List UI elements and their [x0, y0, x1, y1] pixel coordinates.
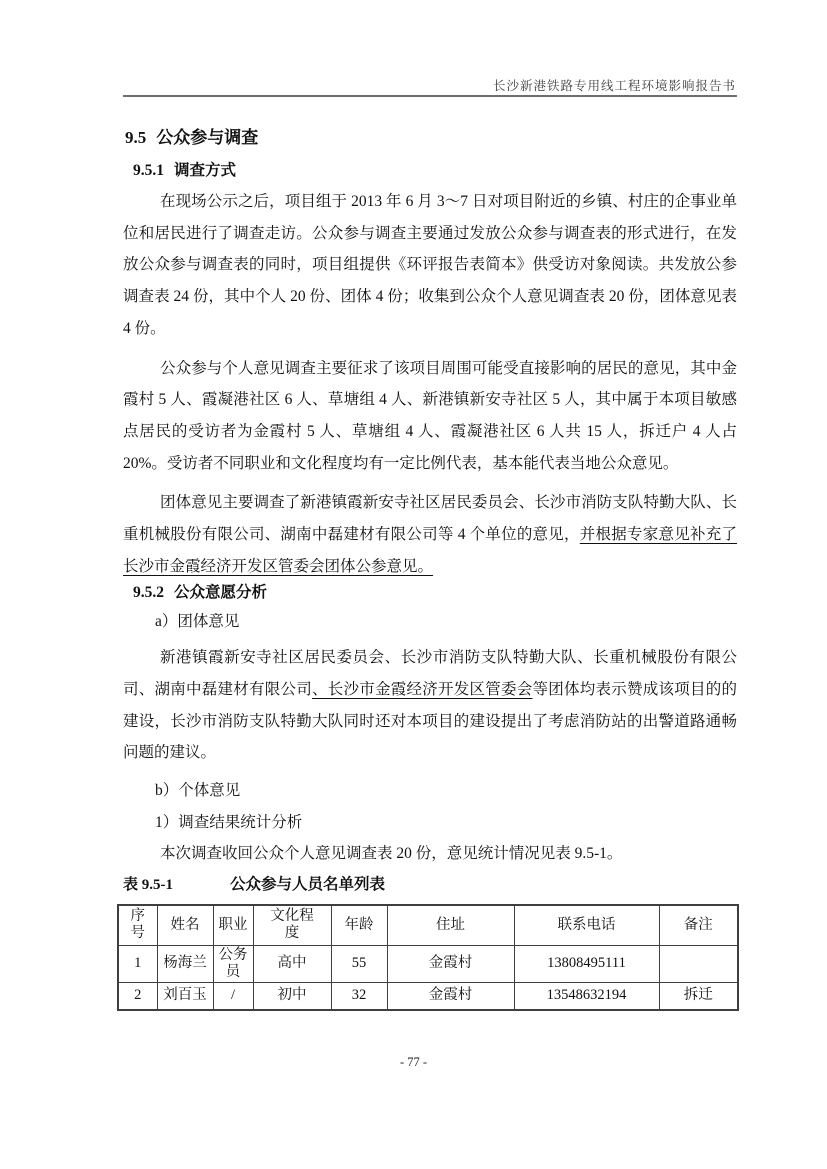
paragraph-survey-method: 在现场公示之后，项目组于 2013 年 6 月 3～7 日对项目附近的乡镇、村庄… — [123, 186, 737, 345]
paragraph-survey-result: 本次调查收回公众个人意见调查表 20 份，意见统计情况见表 9.5-1。 — [123, 838, 737, 870]
col-header-age: 年龄 — [331, 905, 387, 945]
section-title: 公众参与调查 — [156, 128, 258, 147]
underlined-committee-text: 、长沙市金霞经济开发区管委会 — [312, 681, 532, 698]
page-content: 9.5公众参与调查 9.5.1调查方式 在现场公示之后，项目组于 2013 年 … — [123, 0, 737, 1011]
paragraph-group-survey: 团体意见主要调查了新港镇霞新安寺社区居民委员会、长沙市消防支队特勤大队、长重机械… — [123, 487, 737, 582]
cell-name: 杨海兰 — [157, 945, 213, 982]
cell-phone: 13548632194 — [514, 982, 659, 1010]
list-item-a-group-opinion: a）团体意见 — [123, 606, 737, 638]
list-item-1-statistics: 1）调查结果统计分析 — [123, 807, 737, 839]
paragraph-individual-survey: 公众参与个人意见调查主要征求了该项目周围可能受直接影响的居民的意见，其中金霞村 … — [123, 353, 737, 480]
section-title: 公众意愿分析 — [174, 584, 267, 601]
page-number: - 77 - — [0, 1055, 827, 1070]
table-caption-title: 公众参与人员名单列表 — [230, 876, 385, 893]
participant-roster-table: 序号 姓名 职业 文化程度 年龄 住址 联系电话 备注 1 杨海兰 公务员 高中… — [117, 904, 739, 1011]
cell-remark — [659, 945, 738, 982]
col-header-occupation: 职业 — [213, 905, 253, 945]
table-row: 2 刘百玉 / 初中 32 金霞村 13548632194 拆迁 — [118, 982, 738, 1010]
col-header-label: 联系电话 — [558, 917, 616, 933]
document-page: 长沙新港铁路专用线工程环境影响报告书 9.5公众参与调查 9.5.1调查方式 在… — [0, 0, 827, 1169]
col-header-name: 姓名 — [157, 905, 213, 945]
cell-text: 公务员 — [217, 947, 249, 981]
cell-address: 金霞村 — [387, 945, 514, 982]
section-title: 调查方式 — [174, 162, 236, 179]
cell-remark: 拆迁 — [659, 982, 738, 1010]
cell-age: 32 — [331, 982, 387, 1010]
section-heading-9-5-1: 9.5.1调查方式 — [133, 160, 737, 182]
table-caption-label: 表 9.5-1 — [123, 877, 173, 893]
table-caption: 表 9.5-1公众参与人员名单列表 — [123, 874, 737, 896]
col-header-label: 职业 — [219, 917, 248, 933]
col-header-index: 序号 — [118, 905, 157, 945]
cell-index: 2 — [118, 982, 157, 1010]
cell-education: 初中 — [253, 982, 331, 1010]
col-header-phone: 联系电话 — [514, 905, 659, 945]
cell-name: 刘百玉 — [157, 982, 213, 1010]
section-heading-9-5: 9.5公众参与调查 — [125, 127, 737, 149]
col-header-label: 文化程度 — [268, 908, 316, 942]
section-number: 9.5.2 — [133, 584, 164, 601]
list-item-b-individual-opinion: b）个体意见 — [123, 775, 737, 807]
col-header-label: 备注 — [684, 917, 713, 933]
col-header-label: 姓名 — [171, 917, 200, 933]
section-number: 9.5 — [125, 128, 146, 147]
col-header-education: 文化程度 — [253, 905, 331, 945]
paragraph-group-opinion: 新港镇霞新安寺社区居民委员会、长沙市消防支队特勤大队、长重机械股份有限公司、湖南… — [123, 642, 737, 769]
table-row: 1 杨海兰 公务员 高中 55 金霞村 13808495111 — [118, 945, 738, 982]
cell-phone: 13808495111 — [514, 945, 659, 982]
section-heading-9-5-2: 9.5.2公众意愿分析 — [133, 582, 737, 604]
col-header-label: 住址 — [436, 917, 465, 933]
col-header-remark: 备注 — [659, 905, 738, 945]
cell-occupation: 公务员 — [213, 945, 253, 982]
cell-occupation: / — [213, 982, 253, 1010]
col-header-label: 年龄 — [345, 917, 374, 933]
cell-age: 55 — [331, 945, 387, 982]
cell-address: 金霞村 — [387, 982, 514, 1010]
section-number: 9.5.1 — [133, 162, 164, 179]
col-header-address: 住址 — [387, 905, 514, 945]
cell-index: 1 — [118, 945, 157, 982]
table-header-row: 序号 姓名 职业 文化程度 年龄 住址 联系电话 备注 — [118, 905, 738, 945]
cell-education: 高中 — [253, 945, 331, 982]
col-header-label: 序号 — [130, 908, 146, 942]
